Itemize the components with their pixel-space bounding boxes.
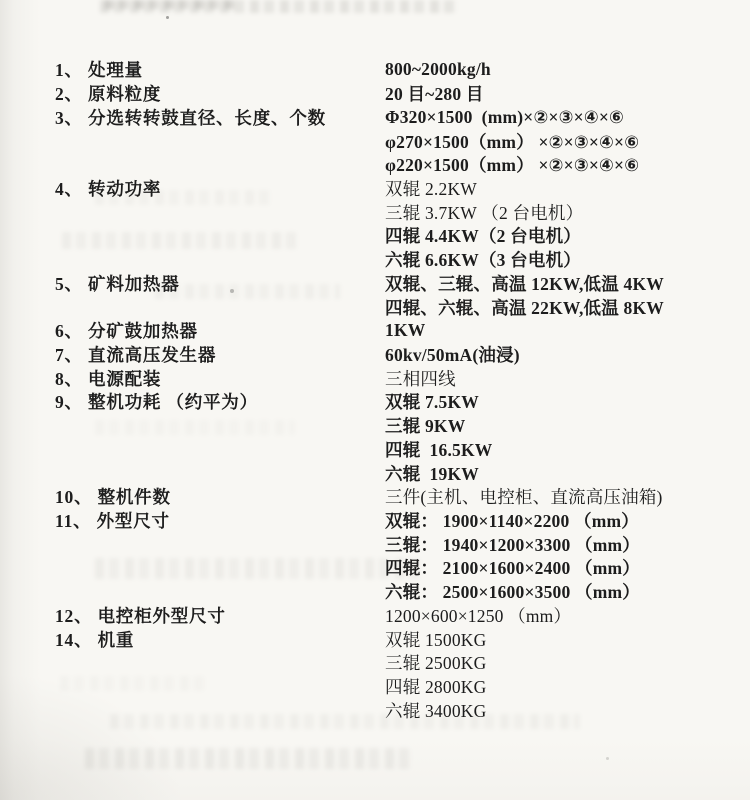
bleed-through-smudge — [85, 748, 415, 769]
spec-item-value: 四辊 2800KG — [385, 674, 750, 699]
spec-line: 四辊 4.4KW（2 台电机） — [0, 224, 750, 248]
spec-line: 7、 直流高压发生器60kv/50mA(油浸) — [0, 343, 750, 367]
spec-line: 3、 分选转转鼓直径、长度、个数Φ320×1500 (mm)×②×③×④×⑥ — [0, 105, 750, 129]
spec-line: 8、 电源配装三相四线 — [0, 366, 750, 390]
bleed-through-smudge — [100, 0, 460, 13]
spec-line: 6、 分矿鼓加热器1KW — [0, 319, 750, 343]
spec-list: 1、 处理量800~2000kg/h2、 原料粒度20 目~280 目3、 分选… — [0, 58, 750, 722]
spec-item-value: 六辊 3400KG — [385, 698, 750, 723]
spec-item-value: 60kv/50mA(油浸) — [385, 342, 750, 367]
spec-item-value: 三辊 9KW — [385, 413, 750, 438]
spec-item-value: φ270×1500（mm） ×②×③×④×⑥ — [385, 129, 750, 154]
spec-item-value: 六辊 6.6KW（3 台电机） — [385, 247, 750, 272]
spec-item-label: 3、 分选转转鼓直径、长度、个数 — [0, 105, 385, 130]
spec-line: 14、 机重双辊 1500KG — [0, 627, 750, 651]
spec-line: 四辊： 2100×1600×2400 （mm） — [0, 556, 750, 580]
spec-item-value: 三辊 3.7KW （2 台电机） — [385, 200, 750, 225]
spec-item-value: 四辊： 2100×1600×2400 （mm） — [385, 555, 750, 580]
spec-item-label: 9、 整机功耗 （约平为） — [0, 389, 385, 414]
spec-item-label: 8、 电源配装 — [0, 366, 385, 391]
spec-item-value: 六辊： 2500×1600×3500 （mm） — [385, 579, 750, 604]
spec-line: 六辊 19KW — [0, 461, 750, 485]
spec-line: 三辊 2500KG — [0, 651, 750, 675]
spec-item-value: 三辊： 1940×1200×3300 （mm） — [385, 532, 750, 557]
spec-item-value: 1200×600×1250 （mm） — [385, 603, 750, 628]
spec-item-value: 双辊、三辊、高温 12KW,低温 4KW — [385, 271, 750, 296]
spec-line: 六辊 6.6KW（3 台电机） — [0, 248, 750, 272]
spec-item-label: 1、 处理量 — [0, 57, 385, 82]
spec-line: 4、 转动功率双辊 2.2KW — [0, 177, 750, 201]
spec-item-value: 双辊 1500KG — [385, 627, 750, 652]
spec-item-value: 1KW — [385, 320, 750, 341]
spec-item-label: 4、 转动功率 — [0, 176, 385, 201]
spec-item-value: 双辊： 1900×1140×2200 （mm） — [385, 508, 750, 533]
spec-item-label: 2、 原料粒度 — [0, 81, 385, 106]
spec-item-value: 四辊 4.4KW（2 台电机） — [385, 223, 750, 248]
spec-item-value: 双辊 7.5KW — [385, 389, 750, 414]
spec-line: φ270×1500（mm） ×②×③×④×⑥ — [0, 129, 750, 153]
scan-speck — [606, 757, 609, 760]
spec-item-value: 800~2000kg/h — [385, 59, 750, 80]
spec-line: 11、 外型尺寸双辊： 1900×1140×2200 （mm） — [0, 509, 750, 533]
spec-item-label: 11、 外型尺寸 — [0, 508, 385, 533]
spec-line: 12、 电控柜外型尺寸1200×600×1250 （mm） — [0, 604, 750, 628]
spec-item-value: 三相四线 — [385, 366, 750, 391]
spec-item-value: 三辊 2500KG — [385, 650, 750, 675]
spec-item-value: Φ320×1500 (mm)×②×③×④×⑥ — [385, 107, 750, 128]
spec-line: 10、 整机件数三件(主机、电控柜、直流高压油箱) — [0, 485, 750, 509]
spec-line: 三辊 9KW — [0, 414, 750, 438]
spec-item-value: 双辊 2.2KW — [385, 176, 750, 201]
spec-line: 三辊 3.7KW （2 台电机） — [0, 200, 750, 224]
spec-line: 六辊 3400KG — [0, 698, 750, 722]
spec-item-label: 10、 整机件数 — [0, 484, 385, 509]
spec-item-label: 6、 分矿鼓加热器 — [0, 318, 385, 343]
spec-item-label: 5、 矿料加热器 — [0, 271, 385, 296]
spec-item-value: 20 目~280 目 — [385, 81, 750, 106]
spec-item-label: 7、 直流高压发生器 — [0, 342, 385, 367]
spec-line: 5、 矿料加热器双辊、三辊、高温 12KW,低温 4KW — [0, 271, 750, 295]
spec-line: φ220×1500（mm） ×②×③×④×⑥ — [0, 153, 750, 177]
spec-line: 四辊 2800KG — [0, 675, 750, 699]
spec-line: 四辊、六辊、高温 22KW,低温 8KW — [0, 295, 750, 319]
spec-line: 三辊： 1940×1200×3300 （mm） — [0, 532, 750, 556]
spec-line: 六辊： 2500×1600×3500 （mm） — [0, 580, 750, 604]
bleed-through-smudge — [105, 0, 235, 9]
spec-line: 1、 处理量800~2000kg/h — [0, 58, 750, 82]
spec-item-value: 六辊 19KW — [385, 461, 750, 486]
spec-item-label: 14、 机重 — [0, 627, 385, 652]
spec-line: 9、 整机功耗 （约平为）双辊 7.5KW — [0, 390, 750, 414]
spec-item-value: 四辊 16.5KW — [385, 437, 750, 462]
spec-line: 2、 原料粒度20 目~280 目 — [0, 82, 750, 106]
spec-line: 四辊 16.5KW — [0, 438, 750, 462]
scan-speck — [166, 16, 169, 19]
spec-item-value: φ220×1500（mm） ×②×③×④×⑥ — [385, 152, 750, 177]
spec-item-value: 四辊、六辊、高温 22KW,低温 8KW — [385, 295, 750, 320]
spec-item-value: 三件(主机、电控柜、直流高压油箱) — [385, 484, 750, 509]
scanned-document-page: 1、 处理量800~2000kg/h2、 原料粒度20 目~280 目3、 分选… — [0, 0, 750, 800]
spec-item-label: 12、 电控柜外型尺寸 — [0, 603, 385, 628]
